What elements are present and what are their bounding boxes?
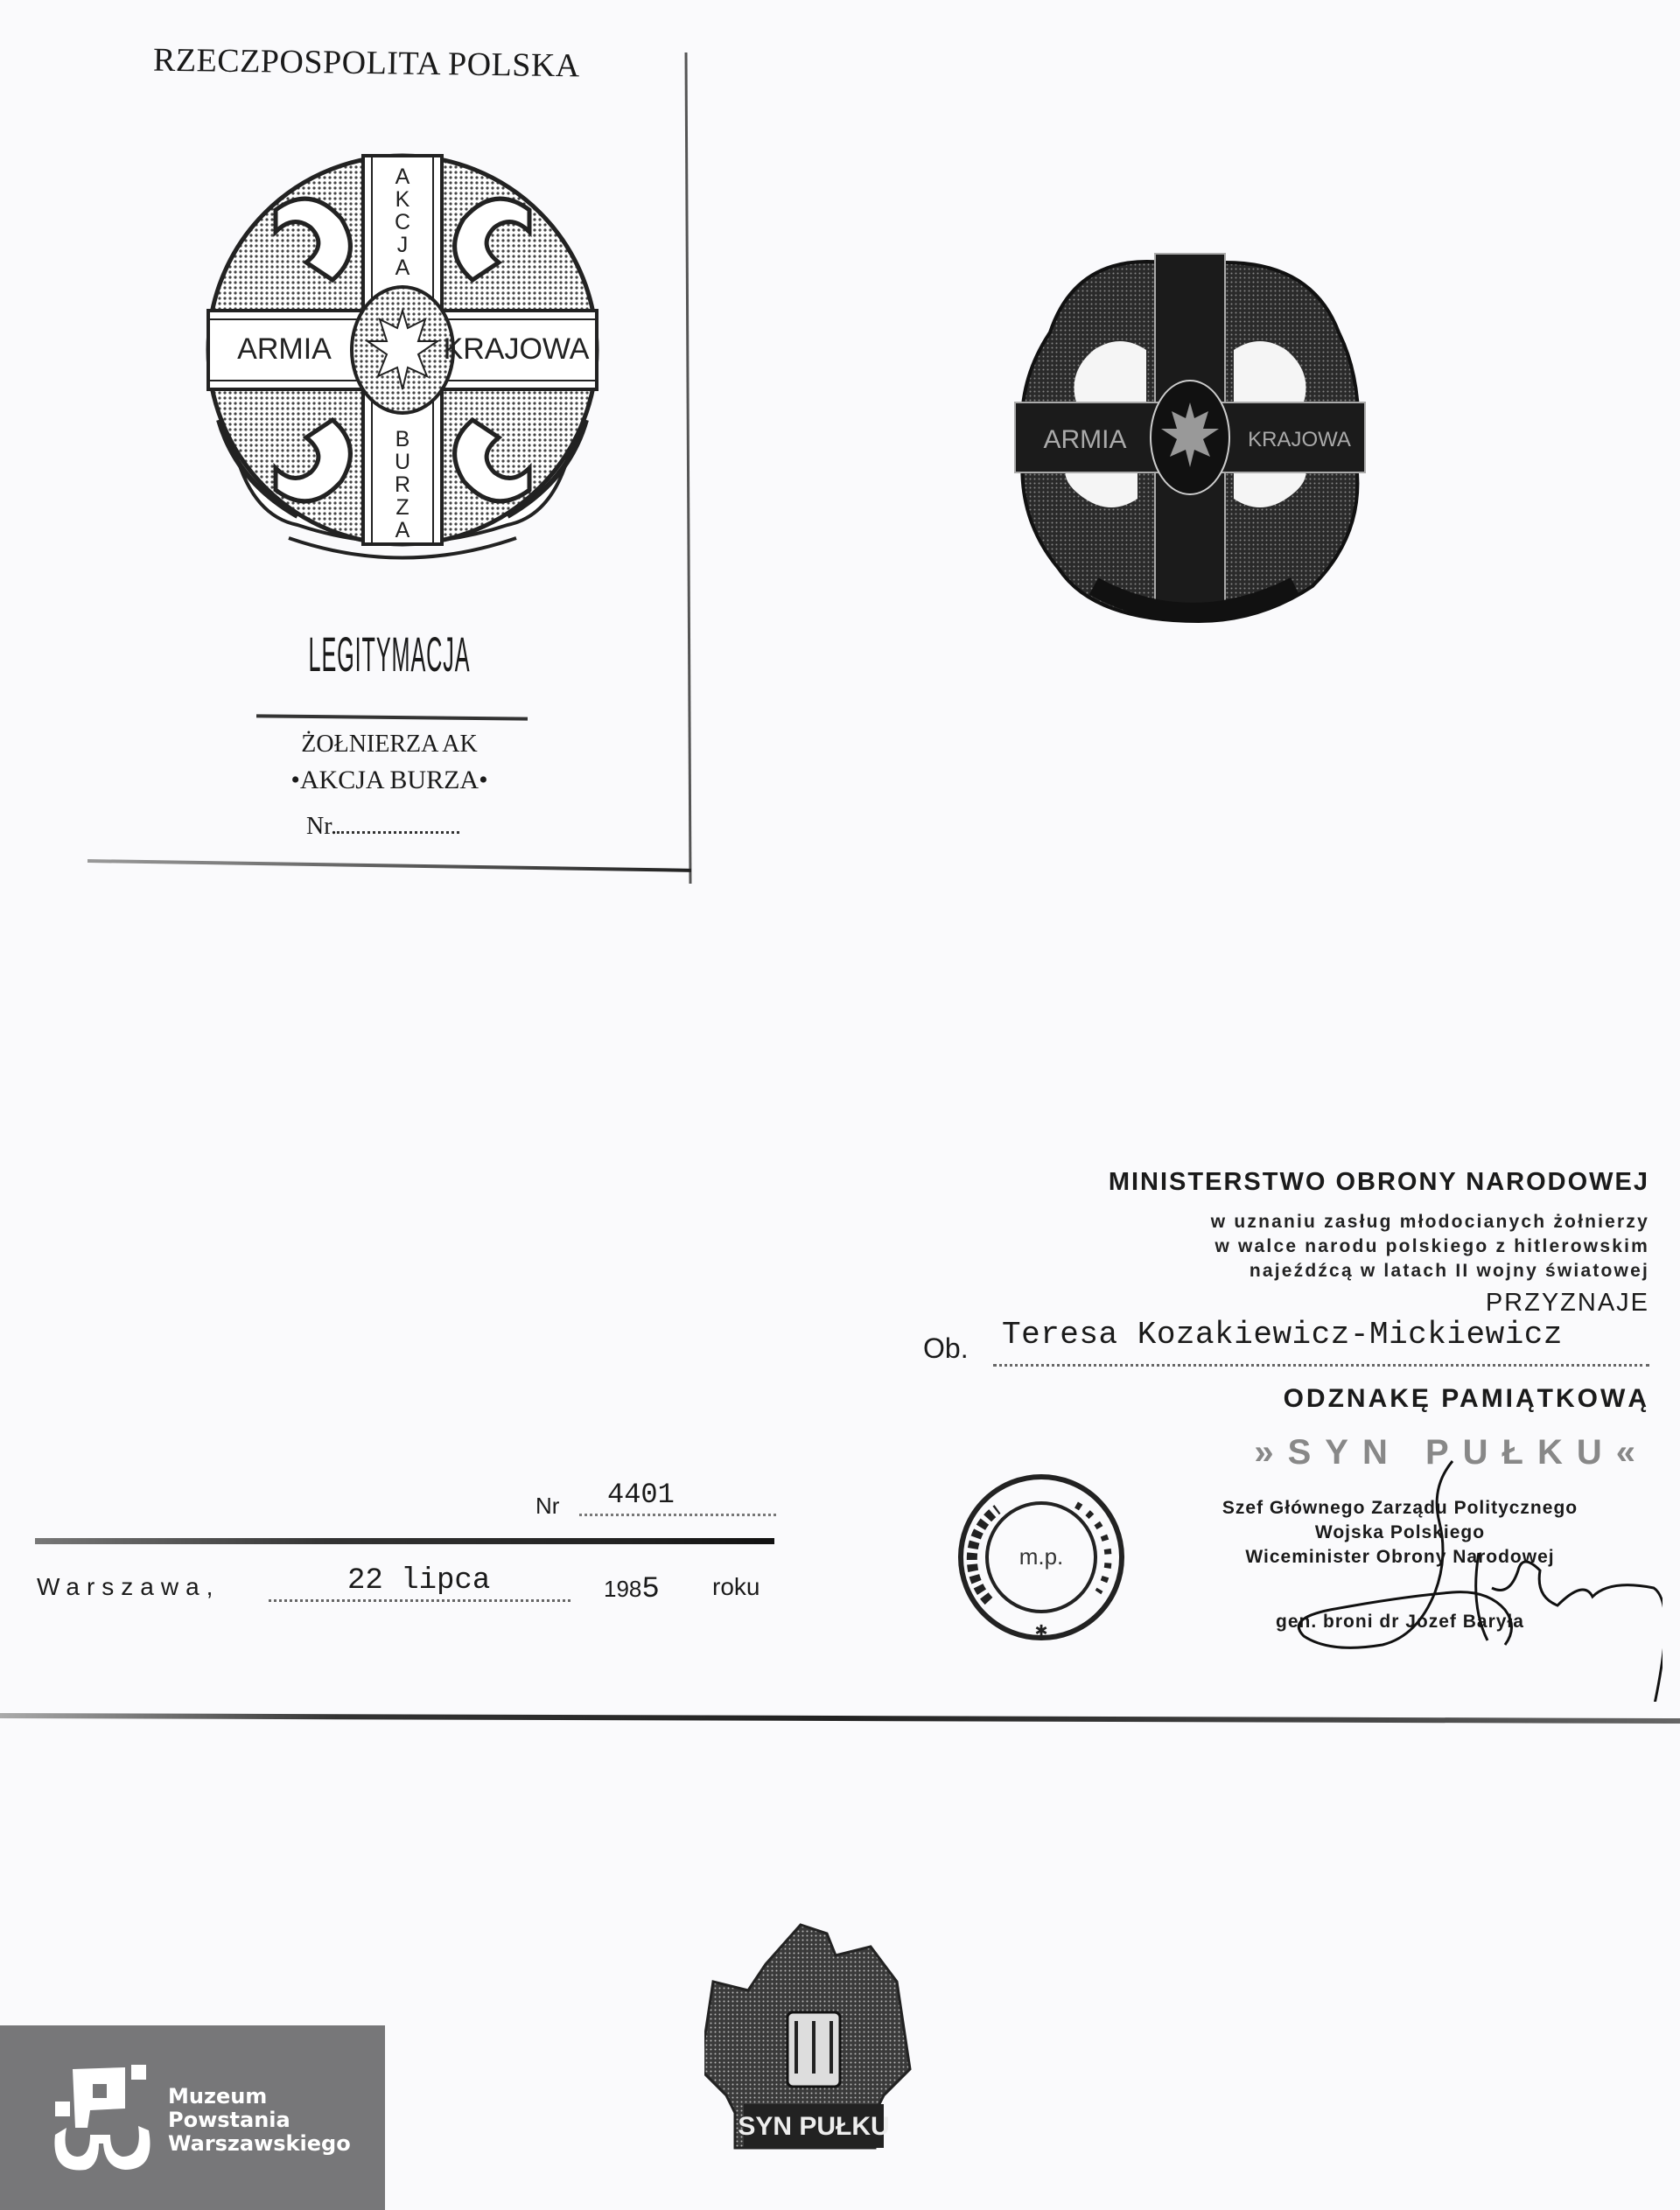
museum-logo: Muzeum Powstania Warszawskiego xyxy=(0,2025,385,2210)
badge-left-text: ARMIA xyxy=(1043,425,1126,454)
card-title-rule xyxy=(256,714,528,720)
svg-text:ARMIA: ARMIA xyxy=(237,332,332,366)
svg-text:KRAJOWA: KRAJOWA xyxy=(1248,428,1351,451)
recipient-name: Teresa Kozakiewicz-Mickiewicz xyxy=(1002,1317,1563,1353)
page-divider xyxy=(0,1713,1680,1724)
date-dotted-line xyxy=(269,1599,570,1602)
card-number-label: Nr. xyxy=(306,813,337,840)
date-field: Warszawa, 22 lipca 1985 roku xyxy=(37,1564,780,1608)
kotwica-pw-anchor-icon xyxy=(51,2065,156,2174)
svg-text:R: R xyxy=(395,472,410,497)
awards-verb: PRZYZNAJE xyxy=(1486,1289,1649,1318)
certificate-number-label: Nr xyxy=(535,1493,559,1520)
museum-name: Muzeum Powstania Warszawskiego xyxy=(168,2085,351,2156)
reason-line: w walce narodu polskiego z hitlerowskim xyxy=(1214,1236,1649,1257)
recipient-field: Ob. Teresa Kozakiewicz-Mickiewicz xyxy=(923,1317,1649,1369)
year-prefix: 198 xyxy=(604,1576,641,1602)
stamp-center-text: m.p. xyxy=(1019,1543,1064,1570)
museum-name-line: Warszawskiego xyxy=(168,2132,351,2156)
museum-name-line: Muzeum xyxy=(168,2085,351,2109)
date-day-month: 22 lipca xyxy=(347,1564,490,1598)
certificate-number-field: Nr 4401 xyxy=(535,1479,776,1522)
separator-rule xyxy=(35,1538,774,1544)
museum-name-line: Powstania xyxy=(168,2109,351,2132)
card-number-dots xyxy=(337,812,459,834)
akcja-burza-metal-cross-badge-icon: ARMIA KRAJOWA xyxy=(997,236,1382,639)
certificate-number-value: 4401 xyxy=(607,1479,675,1511)
year-digit: 5 xyxy=(641,1573,659,1606)
handwritten-signature-icon xyxy=(1277,1457,1662,1702)
svg-text:A: A xyxy=(395,255,410,280)
award-label: ODZNAKĘ PAMIĄTKOWĄ xyxy=(1284,1384,1649,1414)
document-type: LEGITYMACJA xyxy=(252,626,528,682)
svg-text:B: B xyxy=(395,427,410,451)
card-number-field: Nr. xyxy=(306,812,459,841)
syn-pulku-eagle-pin-icon: SYN PUŁKU xyxy=(704,1916,923,2161)
small-badge-text: SYN PUŁKU xyxy=(738,2112,889,2141)
reason-line: w uznaniu zasług młodocianych żołnierzy xyxy=(1211,1212,1649,1233)
certificate-number-dots xyxy=(579,1514,776,1516)
svg-text:K: K xyxy=(395,187,410,212)
official-round-stamp-icon: m.p. ✱ xyxy=(954,1470,1129,1645)
card-title: RZECZPOSPOLITA POLSKA xyxy=(153,41,580,86)
place-label: Warszawa, xyxy=(37,1573,220,1601)
card-subtitle-2: •AKCJA BURZA• xyxy=(83,766,696,795)
svg-text:KRAJOWA: KRAJOWA xyxy=(444,332,590,366)
svg-text:C: C xyxy=(395,210,410,234)
id-card: RZECZPOSPOLITA POLSKA xyxy=(83,17,696,879)
card-edge-right xyxy=(685,52,692,884)
card-subtitle-1: ŻOŁNIERZA AK xyxy=(83,731,696,759)
recipient-prefix: Ob. xyxy=(923,1332,969,1365)
reason-line: najeźdźcą w latach II wojny światowej xyxy=(1249,1261,1649,1282)
svg-text:✱: ✱ xyxy=(1034,1622,1047,1640)
issuer-title: MINISTERSTWO OBRONY NARODOWEJ xyxy=(1109,1168,1649,1197)
svg-text:A: A xyxy=(395,164,410,189)
svg-text:Z: Z xyxy=(395,495,409,520)
svg-text:U: U xyxy=(395,450,410,474)
svg-text:J: J xyxy=(397,233,409,257)
svg-text:A: A xyxy=(395,518,410,542)
date-year: 1985 xyxy=(604,1573,660,1606)
card-edge-bottom xyxy=(87,859,691,872)
armia-krajowa-akcja-burza-cross-emblem-icon: AKCJA BURZA ARMIA KRAJOWA xyxy=(201,149,604,586)
year-suffix: roku xyxy=(712,1573,759,1601)
recipient-dotted-line xyxy=(993,1364,1649,1367)
